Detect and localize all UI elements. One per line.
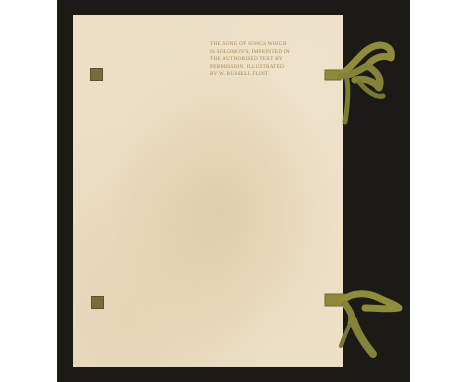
ribbon-tab-top	[90, 68, 103, 81]
cover-title: THE SONG OF SONGS WHICH IS SOLOMON'S, IM…	[210, 41, 290, 79]
ribbon-tab-bottom	[91, 296, 104, 309]
title-line: BY W. RUSSELL FLINT	[210, 71, 290, 79]
book-cover: THE SONG OF SONGS WHICH IS SOLOMON'S, IM…	[73, 15, 343, 367]
title-line: PERMISSION. ILLUSTRATED	[210, 64, 290, 72]
ribbon-tie-bottom-icon	[323, 290, 403, 365]
title-line: THE SONG OF SONGS WHICH	[210, 41, 290, 49]
title-line: THE AUTHORISED TEXT BY	[210, 56, 290, 64]
title-line: IS SOLOMON'S, IMPRINTED IN	[210, 49, 290, 57]
ribbon-tie-top-icon	[323, 40, 403, 125]
